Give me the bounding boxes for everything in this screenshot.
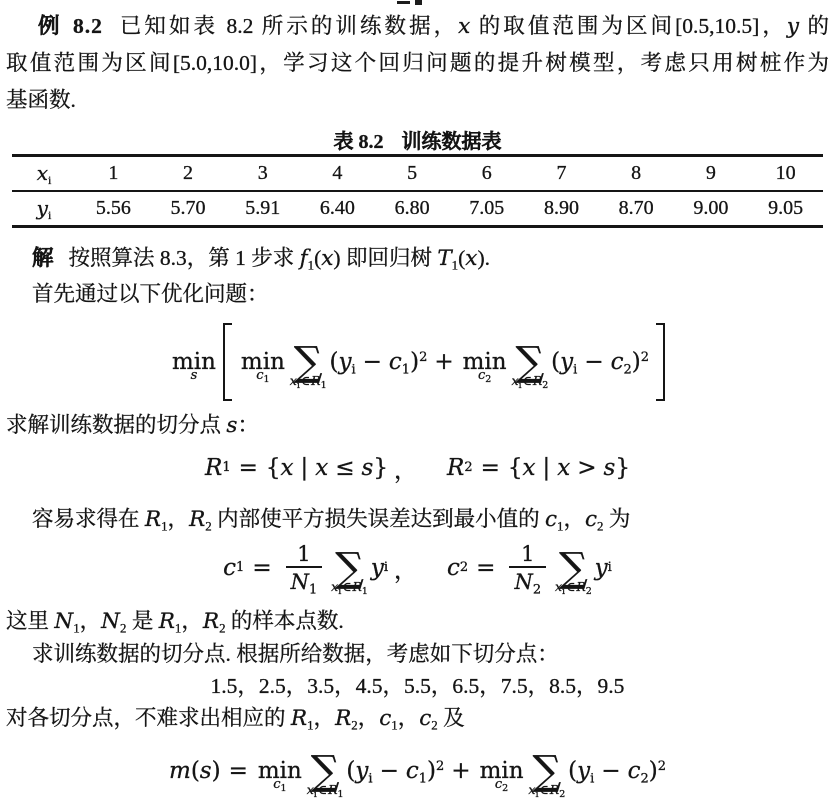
find-split-line: 求解训练数据的切分点 s：	[0, 408, 835, 443]
intro-paragraph: 例 8.2已知如表 8.2 所示的训练数据，x 的取值范围为区间[0.5,10.…	[0, 8, 835, 119]
table-row-x: xi 1 2 3 4 5 6 7 8 9 10	[12, 156, 823, 192]
intro-line-2: 取值范围为区间[5.0,10.0]，学习这个回归问题的提升树模型，考虑只用树桩作…	[6, 45, 829, 82]
sum-over-R1: ∑ xi∈R1	[294, 342, 323, 382]
formula-optimization: min s min c1 ∑ xi∈R1 (yi−c1)2 + min c2 ∑…	[0, 318, 835, 406]
squared-loss-term-1: (yi−c1)2	[329, 349, 427, 375]
min-over-c2: min c2	[478, 758, 526, 784]
sample-count-line: 这里 N1，N2 是 R1，R2 的样本点数.	[0, 604, 835, 639]
left-bracket	[223, 323, 232, 401]
min-over-c1: min c1	[256, 758, 304, 784]
row-y-label: yi	[12, 191, 76, 227]
formula-m-s: m(s) = min c1 ∑ xi∈R1 (yi−c1)2 + min c2 …	[0, 742, 835, 800]
y-value: 8.70	[599, 191, 674, 227]
y-value: 6.40	[300, 191, 375, 227]
var-x: x	[458, 14, 470, 39]
x-value: 9	[674, 156, 749, 192]
cut-points-list: 1.5，2.5，3.5，4.5，5.5，6.5，7.5，8.5，9.5	[0, 669, 835, 703]
sum-over-R1: ∑ xi∈R1	[335, 548, 364, 588]
squared-loss-term-2: (yi−c2)2	[568, 758, 666, 784]
y-value: 6.80	[375, 191, 450, 227]
table-row-y: yi 5.56 5.70 5.91 6.40 6.80 7.05 8.90 8.…	[12, 191, 823, 227]
fraction-1-over-N1: 1 N1	[286, 542, 323, 595]
solution-line: 解按照算法 8.3，第 1 步求 f1(x) 即回归树 T1(x).	[0, 241, 835, 276]
y-value: 9.05	[748, 191, 823, 227]
example-label: 例 8.2	[38, 14, 103, 38]
optimize-intro-line: 首先通过以下优化问题：	[0, 277, 835, 311]
min-over-c1: min c1	[239, 349, 287, 375]
x-value: 3	[225, 156, 300, 192]
right-bracket	[656, 323, 665, 401]
y-value: 9.00	[674, 191, 749, 227]
sum-over-R2: ∑ xi∈R2	[559, 548, 588, 588]
table-title: 训练数据表	[402, 131, 502, 153]
y-value: 7.05	[449, 191, 524, 227]
table-caption: 表 8.2训练数据表	[0, 129, 835, 155]
textbook-page: 例 8.2已知如表 8.2 所示的训练数据，x 的取值范围为区间[0.5,10.…	[0, 0, 835, 802]
consider-line: 求训练数据的切分点. 根据所给数据，考虑如下切分点：	[0, 637, 835, 671]
x-value: 2	[151, 156, 226, 192]
var-y: y	[787, 14, 799, 39]
table-number: 表 8.2	[334, 131, 384, 153]
training-data-table: xi 1 2 3 4 5 6 7 8 9 10 yi 5.56 5.70 5.9…	[12, 154, 823, 228]
x-value: 5	[375, 156, 450, 192]
x-value: 6	[449, 156, 524, 192]
fraction-1-over-N2: 1 N2	[509, 542, 546, 595]
y-value: 5.70	[151, 191, 226, 227]
squared-loss-term-1: (yi−c1)2	[346, 758, 444, 784]
foreach-line: 对各切分点，不难求出相应的 R1，R2，c1，c2 及	[0, 701, 835, 736]
formula-c-values: c1 = 1 N1 ∑ xi∈R1 yi ， c2 = 1 N2 ∑ xi∈R2…	[0, 537, 835, 599]
clipped-header-fragment	[397, 0, 422, 7]
y-value: 8.90	[524, 191, 599, 227]
min-over-s: min s	[170, 349, 218, 375]
intro-line-1: 例 8.2已知如表 8.2 所示的训练数据，x 的取值范围为区间[0.5,10.…	[6, 8, 829, 45]
sum-over-R1: ∑ xi∈R1	[311, 751, 340, 791]
y-value: 5.56	[76, 191, 151, 227]
row-x-label: xi	[12, 156, 76, 192]
x-value: 7	[524, 156, 599, 192]
sum-over-R2: ∑ xi∈R2	[533, 751, 562, 791]
y-value: 5.91	[225, 191, 300, 227]
solution-label: 解	[32, 246, 55, 270]
x-value: 10	[748, 156, 823, 192]
x-value: 8	[599, 156, 674, 192]
squared-loss-term-2: (yi−c2)2	[551, 349, 649, 375]
intro-line-3: 基函数.	[6, 82, 829, 119]
formula-regions: R1 = {x|x≤s} ， R2 = {x|x>s}	[0, 450, 835, 486]
min-over-c2: min c2	[461, 349, 509, 375]
sum-over-R2: ∑ xi∈R2	[516, 342, 545, 382]
x-value: 1	[76, 156, 151, 192]
easy-line: 容易求得在 R1，R2 内部使平方损失误差达到最小值的 c1，c2 为	[0, 502, 835, 537]
x-value: 4	[300, 156, 375, 192]
